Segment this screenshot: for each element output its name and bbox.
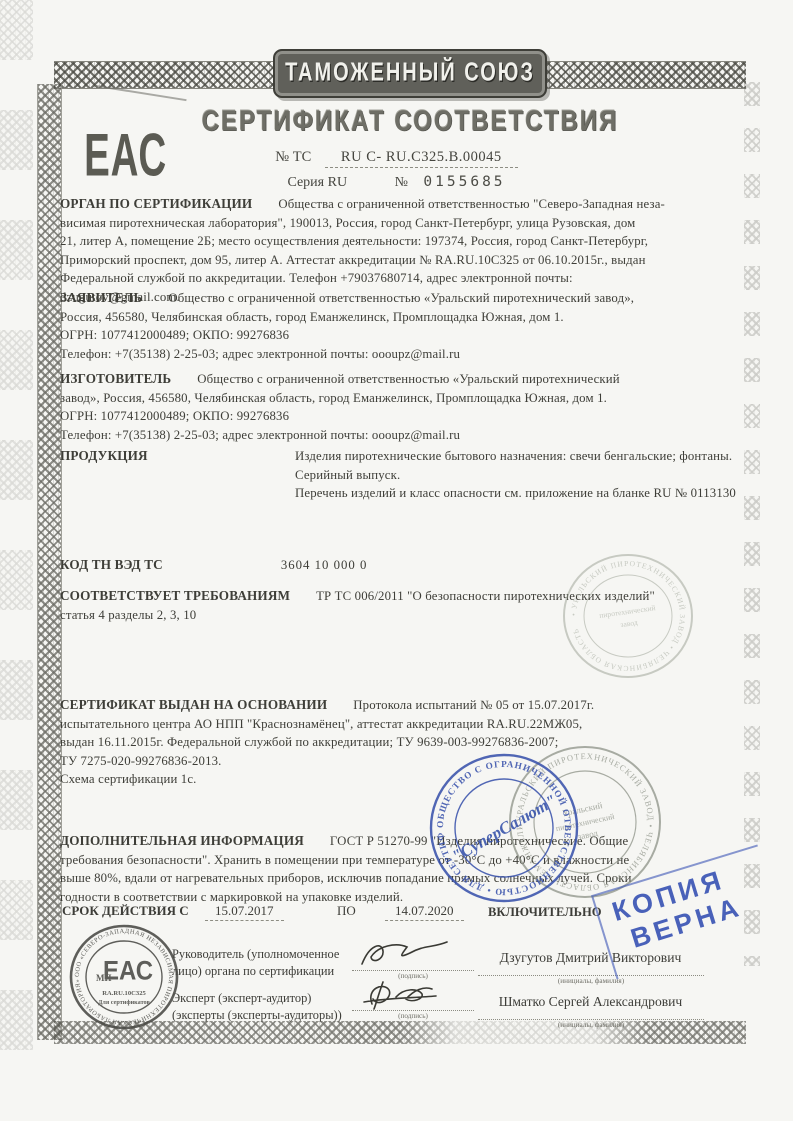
validity-from-label: СРОК ДЕЙСТВИЯ С (62, 903, 189, 919)
section-production-label: ПРОДУКЦИЯ (60, 448, 174, 463)
head-name: Дзугутов Дмитрий Викторович (468, 950, 713, 966)
eac-round-stamp: ООО «СЕВЕРО-ЗАПАДНАЯ НЕЗАВИСИМАЯ ПИРОТЕХ… (66, 921, 182, 1033)
head-signature (352, 936, 477, 972)
validity-from-date: 15.07.2017 (205, 903, 284, 921)
section-tnved-code-value: 3604 10 000 0 (281, 558, 368, 572)
factory-stamp-center-2: пиротехнический (555, 812, 616, 833)
eac-stamp-logo-text: ЕАС (103, 956, 153, 985)
head-name-line (478, 974, 704, 976)
section-certification-body-text: Общества с ограниченной ответственностью… (60, 197, 665, 304)
series-label: Серия RU (287, 175, 347, 190)
series-line: Серия RU № 0155685 (0, 174, 793, 191)
validity-to-label: ПО (337, 903, 356, 919)
section-production: Изделия пиротехнические бытового назначе… (295, 447, 740, 503)
section-manufacturer-label: ИЗГОТОВИТЕЛЬ (60, 371, 197, 386)
svg-text:ООО «СЕВЕРО-ЗАПАДНАЯ НЕЗАВИСИМ: ООО «СЕВЕРО-ЗАПАДНАЯ НЕЗАВИСИМАЯ ПИРОТЕХ… (74, 928, 174, 1026)
expert-signature-line (352, 1009, 474, 1011)
section-applicant-label: ЗАЯВИТЕЛЬ (60, 290, 168, 305)
expert-name: Шматко Сергей Александрович (468, 994, 713, 1010)
section-applicant: ЗАЯВИТЕЛЬОбщество с ограниченной ответст… (60, 289, 748, 363)
expert-name-line (478, 1018, 704, 1020)
section-production-label-wrap: ПРОДУКЦИЯ (60, 447, 280, 466)
section-basis-label: СЕРТИФИКАТ ВЫДАН НА ОСНОВАНИИ (60, 697, 353, 712)
section-production-text: Изделия пиротехнические бытового назначе… (295, 449, 736, 500)
eac-stamp-ring-text: ООО «СЕВЕРО-ЗАПАДНАЯ НЕЗАВИСИМАЯ ПИРОТЕХ… (74, 928, 174, 1026)
section-requirements: СООТВЕТСТВУЕТ ТРЕБОВАНИЯМТР ТС 006/2011 … (60, 587, 748, 624)
customs-union-banner: ТАМОЖЕННЫЙ СОЮЗ (273, 49, 547, 98)
section-basis: СЕРТИФИКАТ ВЫДАН НА ОСНОВАНИИПротокола и… (60, 696, 748, 789)
certificate-scan: { "banner": { "text": "ТАМОЖЕННЫЙ СОЮЗ" … (0, 0, 793, 1121)
certificate-number-line: № ТС RU C- RU.C325.B.00045 (0, 149, 793, 166)
section-requirements-label: СООТВЕТСТВУЕТ ТРЕБОВАНИЯМ (60, 588, 316, 603)
left-border-ornament (37, 84, 62, 1040)
section-tnved-code-label: КОД ТН ВЭД ТС (60, 557, 189, 572)
factory-stamp-center-1: Уральский (561, 800, 603, 818)
eac-stamp-accreditation-number: RA.RU.10C325 (102, 990, 146, 997)
section-tnved-code: КОД ТН ВЭД ТС3604 10 000 0 (60, 556, 748, 575)
head-name-caption: (инициалы, фамилия) (478, 977, 704, 985)
section-additional-info: ДОПОЛНИТЕЛЬНАЯ ИНФОРМАЦИЯГОСТ Р 51270-99… (60, 832, 748, 906)
eac-stamp-mp-text: МП (96, 973, 112, 983)
expert-signature-caption: (подпись) (352, 1012, 474, 1020)
validity-inclusive-label: ВКЛЮЧИТЕЛЬНО (488, 905, 602, 920)
certificate-title: СЕРТИФИКАТ СООТВЕТСТВИЯ (150, 105, 670, 138)
section-manufacturer: ИЗГОТОВИТЕЛЬОбщество с ограниченной отве… (60, 370, 748, 444)
validity-to-date: 14.07.2020 (385, 903, 464, 921)
expert-name-caption: (инициалы, фамилия) (478, 1021, 704, 1029)
section-certification-body-label: ОРГАН ПО СЕРТИФИКАЦИИ (60, 196, 278, 211)
series-number-sign: № (395, 175, 408, 190)
customs-union-banner-text: ТАМОЖЕННЫЙ СОЮЗ (285, 59, 535, 89)
section-additional-info-label: ДОПОЛНИТЕЛЬНАЯ ИНФОРМАЦИЯ (60, 833, 330, 848)
series-number-value: 0155685 (423, 174, 505, 190)
certificate-number-value: RU C- RU.C325.B.00045 (325, 149, 518, 168)
head-signature-line (352, 969, 474, 971)
certificate-number-label: № ТС (275, 149, 311, 165)
eac-stamp-purpose-text: Для сертификатов (98, 999, 150, 1006)
